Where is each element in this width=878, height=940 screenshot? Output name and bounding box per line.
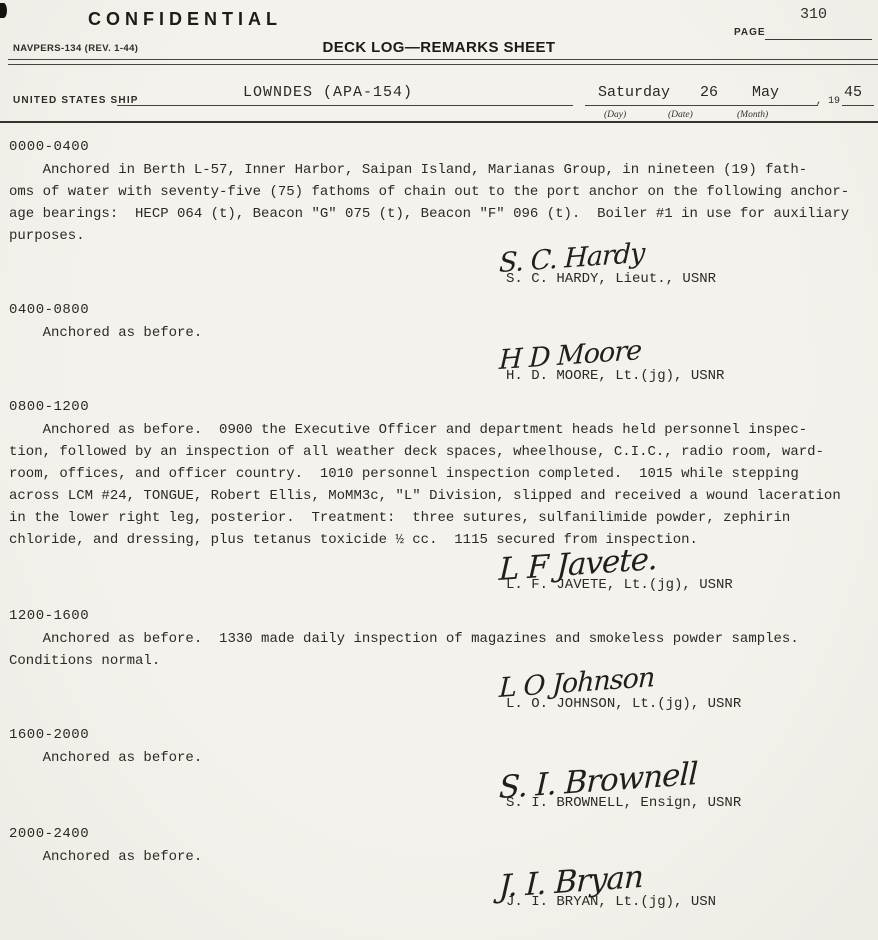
year-value: 45 bbox=[844, 84, 862, 101]
classification-banner: CONFIDENTIAL bbox=[88, 9, 282, 30]
signature-block: L F Javete. L. F. JAVETE, Lt.(jg), USNR bbox=[9, 553, 871, 595]
header-double-rule bbox=[8, 59, 878, 65]
entries: 0000-0400 Anchored in Berth L-57, Inner … bbox=[9, 137, 871, 923]
log-entry: 0400-0800 Anchored as before. H D Moore … bbox=[9, 300, 871, 386]
signature-block: L O Johnson L. O. JOHNSON, Lt.(jg), USNR bbox=[9, 674, 871, 714]
sheet-title: DECK LOG—REMARKS SHEET bbox=[0, 39, 878, 56]
label-day: (Day) bbox=[604, 110, 626, 120]
log-entry: 0000-0400 Anchored in Berth L-57, Inner … bbox=[9, 137, 871, 289]
date-day-of-week: Saturday bbox=[598, 84, 670, 101]
entry-period: 0800-1200 bbox=[9, 397, 871, 417]
deck-log-page: CONFIDENTIAL 310 PAGE NAVPERS-134 (REV. … bbox=[0, 0, 878, 940]
date-value: 26 bbox=[700, 84, 718, 101]
signature-block: S. I. Brownell S. I. BROWNELL, Ensign, U… bbox=[9, 771, 871, 813]
page-number: 310 bbox=[800, 6, 827, 23]
year-line bbox=[842, 105, 874, 106]
page-label: PAGE bbox=[734, 27, 766, 38]
year-prefix: , 19 bbox=[816, 96, 840, 107]
entry-period: 1600-2000 bbox=[9, 725, 871, 745]
log-entry: 2000-2400 Anchored as before. J. I. Brya… bbox=[9, 824, 871, 912]
log-entry: 0800-1200 Anchored as before. 0900 the E… bbox=[9, 397, 871, 595]
signature-block: S. C. Hardy S. C. HARDY, Lieut., USNR bbox=[9, 249, 871, 289]
date-line bbox=[585, 105, 818, 106]
entry-remarks: Anchored as before. 1330 made daily insp… bbox=[9, 628, 871, 672]
label-date: (Date) bbox=[668, 110, 693, 120]
ship-name-line bbox=[117, 105, 573, 106]
entry-remarks: Anchored as before. 0900 the Executive O… bbox=[9, 419, 871, 551]
entry-remarks: Anchored as before. bbox=[9, 322, 871, 344]
ship-name: LOWNDES (APA-154) bbox=[243, 84, 413, 101]
entry-remarks: Anchored in Berth L-57, Inner Harbor, Sa… bbox=[9, 159, 871, 247]
date-month: May bbox=[752, 84, 779, 101]
entry-period: 1200-1600 bbox=[9, 606, 871, 626]
scan-artifact bbox=[0, 3, 7, 18]
entry-period: 2000-2400 bbox=[9, 824, 871, 844]
signature-block: J. I. Bryan J. I. BRYAN, Lt.(jg), USN bbox=[9, 870, 871, 912]
entry-period: 0400-0800 bbox=[9, 300, 871, 320]
entry-remarks: Anchored as before. bbox=[9, 846, 871, 868]
log-entry: 1200-1600 Anchored as before. 1330 made … bbox=[9, 606, 871, 714]
entry-remarks: Anchored as before. bbox=[9, 747, 871, 769]
log-entry: 1600-2000 Anchored as before. S. I. Brow… bbox=[9, 725, 871, 813]
header-bottom-rule bbox=[0, 121, 878, 123]
entry-period: 0000-0400 bbox=[9, 137, 871, 157]
label-month: (Month) bbox=[737, 110, 768, 120]
signature-block: H D Moore H. D. MOORE, Lt.(jg), USNR bbox=[9, 346, 871, 386]
